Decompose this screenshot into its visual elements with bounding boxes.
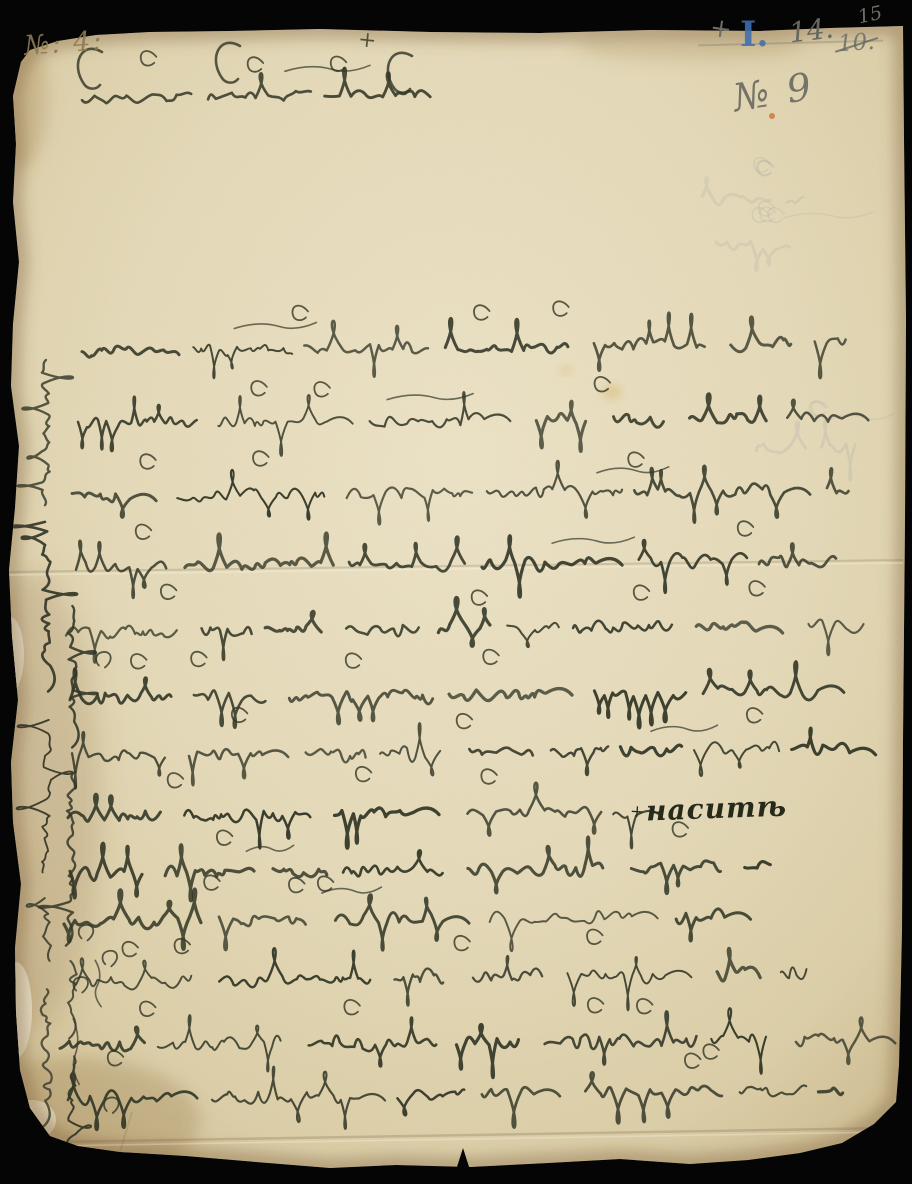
pencil-plus-mark: + bbox=[708, 13, 734, 46]
blue-series-numeral: I. bbox=[740, 14, 769, 55]
ink-insertion-word: наситѣ bbox=[645, 790, 787, 828]
insertion-caret: + bbox=[629, 802, 645, 823]
manuscript-scan: №: 4: + + I. 14. 10. 15 № 9 + наситѣ bbox=[0, 0, 912, 1184]
pencil-folio-number: 14. bbox=[787, 11, 835, 49]
crossed-out-number: 10. bbox=[837, 29, 875, 57]
archive-number-ink: №: 4: bbox=[23, 25, 104, 61]
paper-texture bbox=[0, 0, 912, 1184]
paper-rendering bbox=[0, 0, 912, 1184]
header-cross-mark: + bbox=[357, 27, 378, 54]
